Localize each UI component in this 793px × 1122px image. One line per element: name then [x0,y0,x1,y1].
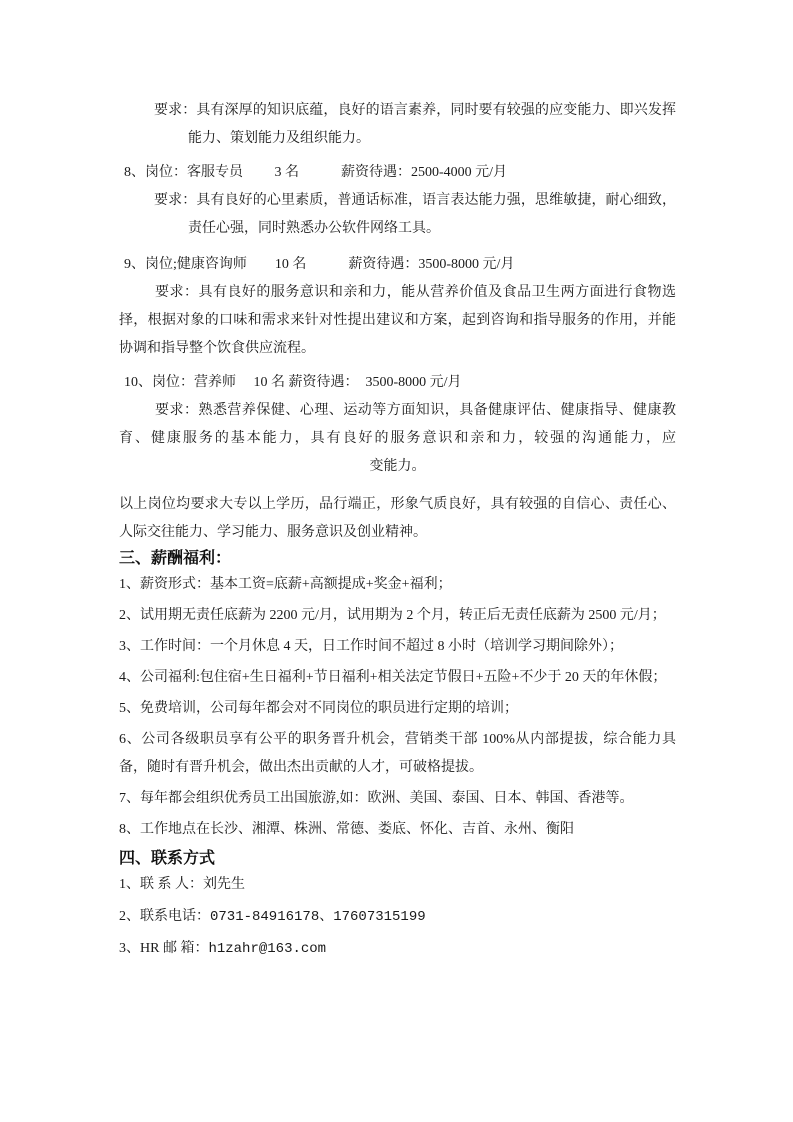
job-10-requirement-last-line: 变能力。 [119,453,676,481]
contact-person-label: 1、联 系 人： [119,877,203,892]
benefit-item-5: 5、免费培训，公司每年都会对不同岗位的职员进行定期的培训； [119,695,676,723]
positions-summary-paragraph: 以上岗位均要求大专以上学历，品行端正，形象气质良好，具有较强的自信心、责任心、人… [119,491,676,547]
contact-email-value: h1zahr@163.com [208,941,326,957]
job-10-title-line: 10、岗位：营养师 10 名 薪资待遇： 3500-8000 元/月 [119,369,676,397]
contact-phone-value: 0731-84916178、17607315199 [210,909,426,925]
contact-section-heading: 四、联系方式 [119,847,676,871]
contact-email-label: 3、HR 邮 箱： [119,941,208,956]
benefit-item-3: 3、工作时间：一个月休息 4 天，日工作时间不超过 8 小时（培训学习期间除外）… [119,633,676,661]
benefit-item-7: 7、每年都会组织优秀员工出国旅游,如：欧洲、美国、泰国、日本、韩国、香港等。 [119,785,676,813]
benefit-item-8: 8、工作地点在长沙、湘潭、株洲、常德、娄底、怀化、吉首、永州、衡阳 [119,816,676,844]
contact-email-row: 3、HR 邮 箱：h1zahr@163.com [119,935,676,963]
job-8-title-line: 8、岗位：客服专员 3 名 薪资待遇：2500-4000 元/月 [119,159,676,187]
job-9-requirement: 要求：具有良好的服务意识和亲和力，能从营养价值及食品卫生两方面进行食物选择，根据… [119,279,676,363]
job-8-requirement: 要求：具有良好的心里素质，普通话标准，语言表达能力强，思维敏捷，耐心细致，责任心… [119,187,676,243]
benefit-item-2: 2、试用期无责任底薪为 2200 元/月，试用期为 2 个月，转正后无责任底薪为… [119,602,676,630]
benefit-item-4: 4、公司福利:包住宿+生日福利+节日福利+相关法定节假日+五险+不少于 20 天… [119,664,676,692]
intro-requirement-paragraph: 要求：具有深厚的知识底蕴，良好的语言素养，同时要有较强的应变能力、即兴发挥能力、… [119,97,676,153]
contact-phone-row: 2、联系电话：0731-84916178、17607315199 [119,903,676,931]
document-page: 要求：具有深厚的知识底蕴，良好的语言素养，同时要有较强的应变能力、即兴发挥能力、… [0,0,793,1122]
job-10-requirement: 要求：熟悉营养保健、心理、运动等方面知识，具备健康评估、健康指导、健康教育、健康… [119,397,676,453]
benefits-section-heading: 三、薪酬福利： [119,547,676,571]
contact-phone-label: 2、联系电话： [119,909,210,924]
benefit-item-1: 1、薪资形式：基本工资=底薪+高额提成+奖金+福利； [119,571,676,599]
job-9-title-line: 9、岗位;健康咨询师 10 名 薪资待遇：3500-8000 元/月 [119,251,676,279]
contact-person-row: 1、联 系 人：刘先生 [119,871,676,899]
benefit-item-6: 6、公司各级职员享有公平的职务晋升机会，营销类干部 100%从内部提拔，综合能力… [119,726,676,782]
contact-person-value: 刘先生 [203,877,245,892]
